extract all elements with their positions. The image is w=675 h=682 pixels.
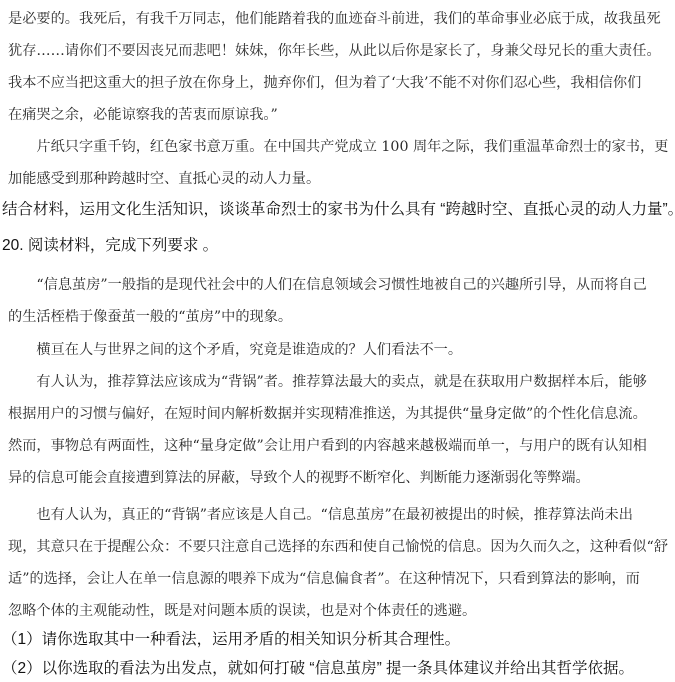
q20-sub-question-2: （2）以你选取的看法为出发点，就如何打破 “信息茧房” 提一条具体建议并给出其哲… xyxy=(0,656,675,682)
q20-view-one-paragraph: 有人认为，推荐算法应该成为“背锅”者。推荐算法最大的卖点，就是在获取用户数据样本… xyxy=(0,366,675,494)
q20-contradiction-paragraph: 横亘在人与世界之间的这个矛盾，究竟是谁造成的？人们看法不一。 xyxy=(0,334,675,366)
q19-summary-paragraph: 片纸只字重千钧，红色家书意万重。在中国共产党成立 100 周年之际，我们重温革命… xyxy=(0,131,675,195)
q19-letter-paragraph: 是必要的。我死后，有我千万同志，他们能踏着我的血迹奋斗前进，我们的革命事业必底于… xyxy=(0,3,675,131)
q20-sub-question-1: （1）请你选取其中一种看法，运用矛盾的相关知识分析其合理性。 xyxy=(0,627,675,653)
q20-view-two-paragraph: 也有人认为，真正的“背锅”者应该是人自己。“信息茧房”在最初被提出的时候，推荐算… xyxy=(0,499,675,627)
q19-question-prompt: 结合材料，运用文化生活知识，谈谈革命烈士的家书为什么具有 “跨越时空、直抵心灵的… xyxy=(0,197,675,223)
exam-paper-page: 是必要的。我死后，有我千万同志，他们能踏着我的血迹奋斗前进，我们的革命事业必底于… xyxy=(0,0,675,682)
q20-definition-paragraph: “信息茧房”一般指的是现代社会中的人们在信息领域会习惯性地被自己的兴趣所引导，从… xyxy=(0,269,675,333)
q20-heading: 20. 阅读材料，完成下列要求 。 xyxy=(0,233,675,259)
